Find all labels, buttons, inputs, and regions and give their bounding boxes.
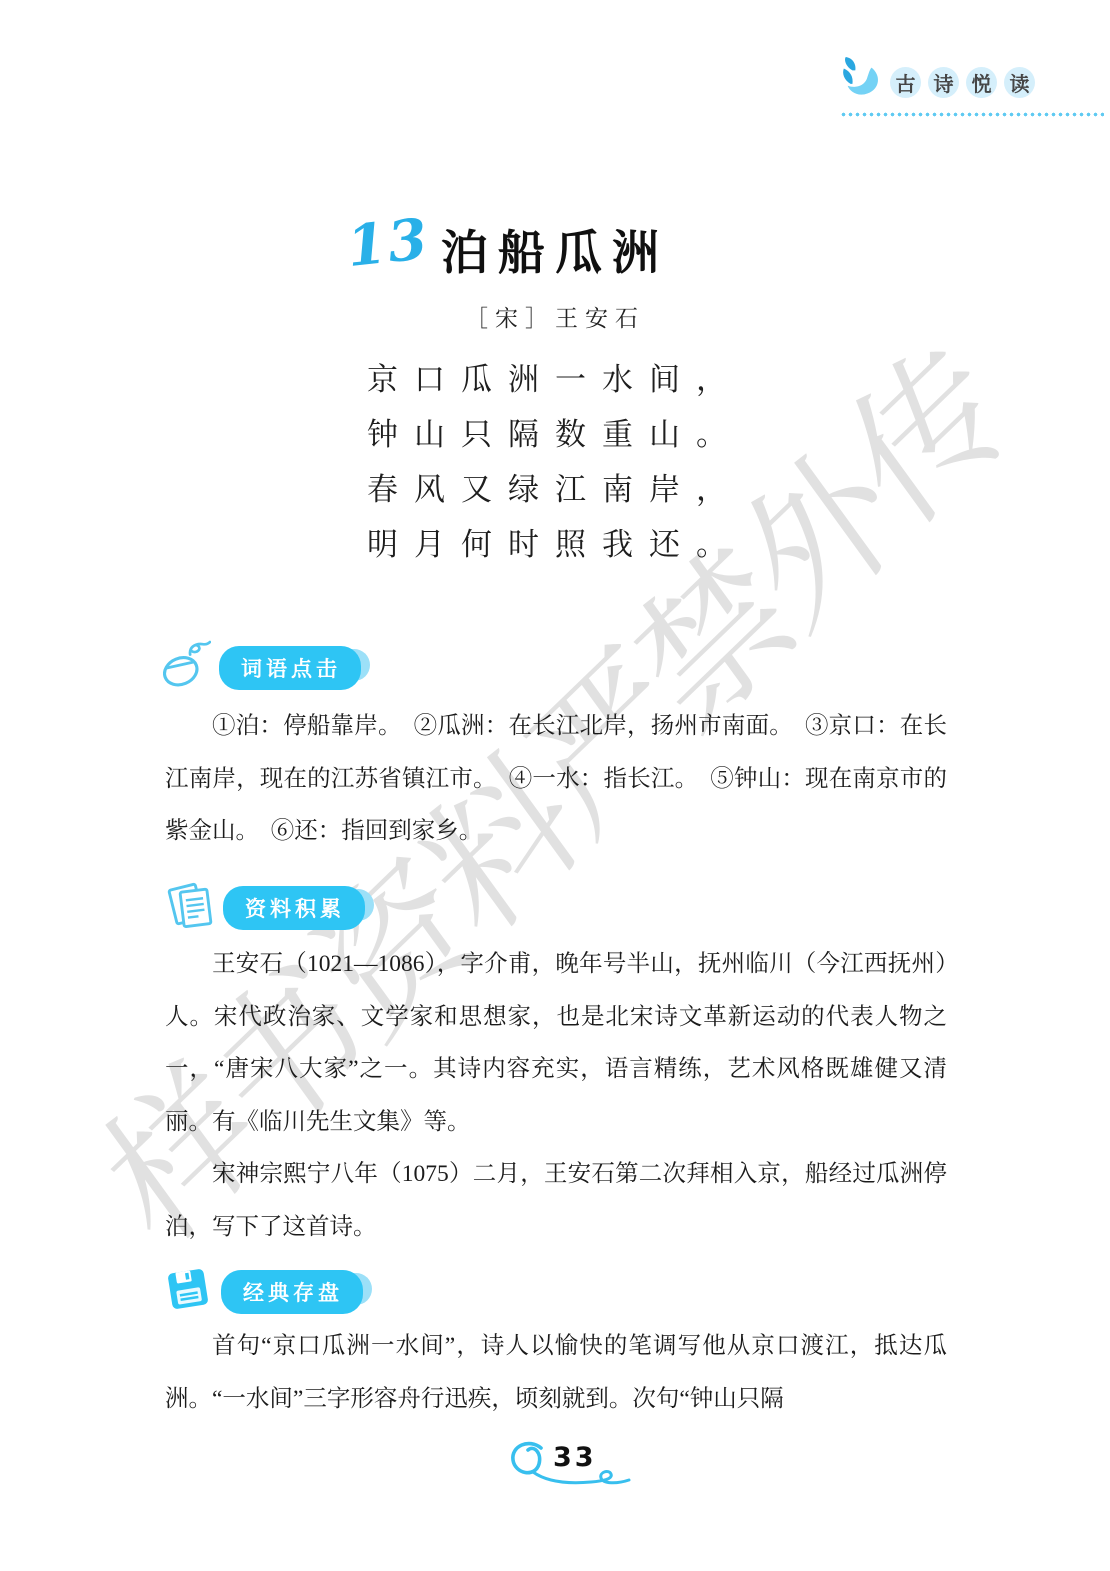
lesson-number: 13 [344, 206, 432, 280]
page-number: 33 [553, 1442, 597, 1473]
page-footer: 33 [497, 1440, 647, 1498]
poem-line: 钟山只隔数重山。 [0, 407, 1110, 462]
background-badge: 资料积累 [223, 886, 365, 930]
leaf-logo-icon [840, 55, 884, 110]
brand-title: 古 诗 悦 读 [890, 67, 1035, 98]
section-classic-body: 首句“京口瓜洲一水间”，诗人以愉快的笔调写他从京口渡江，抵达瓜洲。“一水间”三字… [165, 1320, 947, 1425]
section-background-body: 王安石（1021—1086），字介甫，晚年号半山，抚州临川（今江西抚州）人。宋代… [165, 938, 947, 1253]
paragraph: 王安石（1021—1086），字介甫，晚年号半山，抚州临川（今江西抚州）人。宋代… [165, 938, 947, 1148]
mouse-icon [163, 640, 211, 695]
documents-icon [163, 878, 215, 937]
brand-char: 诗 [928, 67, 959, 98]
lesson-title-row: 13 泊船瓜洲 [0, 216, 1110, 283]
floppy-icon [163, 1262, 213, 1321]
paragraph: ①泊：停船靠岸。 ②瓜洲：在长江北岸，扬州市南面。 ③京口：在长江南岸，现在的江… [165, 700, 947, 858]
section-background-header: 资料积累 [163, 878, 365, 937]
brand-char: 读 [1004, 67, 1035, 98]
section-word-notes-header: 词语点击 [163, 640, 361, 695]
poem-line: 明月何时照我还。 [0, 517, 1110, 572]
poem-line: 春风又绿江南岸， [0, 462, 1110, 517]
paragraph: 首句“京口瓜洲一水间”，诗人以愉快的笔调写他从京口渡江，抵达瓜洲。“一水间”三字… [165, 1320, 947, 1425]
section-word-notes-body: ①泊：停船靠岸。 ②瓜洲：在长江北岸，扬州市南面。 ③京口：在长江南岸，现在的江… [165, 700, 947, 858]
page-header: 古 诗 悦 读 [840, 56, 1104, 117]
brand-char: 悦 [966, 67, 997, 98]
poem: 京口瓜洲一水间， 钟山只隔数重山。 春风又绿江南岸， 明月何时照我还。 [0, 352, 1110, 572]
page-title: 泊船瓜洲 [441, 228, 669, 280]
header-dotted-divider [840, 112, 1104, 117]
poem-author: ［宋］王安石 [0, 300, 1110, 333]
paragraph: 宋神宗熙宁八年（1075）二月，王安石第二次拜相入京，船经过瓜洲停泊，写下了这首… [165, 1148, 947, 1253]
poem-line: 京口瓜洲一水间， [0, 352, 1110, 407]
word-notes-badge: 词语点击 [219, 646, 361, 690]
textbook-page: 样书资料严禁外传 古 诗 悦 读 [0, 0, 1110, 1571]
classic-badge: 经典存盘 [221, 1270, 363, 1314]
brand-char: 古 [890, 67, 921, 98]
section-classic-header: 经典存盘 [163, 1262, 363, 1321]
